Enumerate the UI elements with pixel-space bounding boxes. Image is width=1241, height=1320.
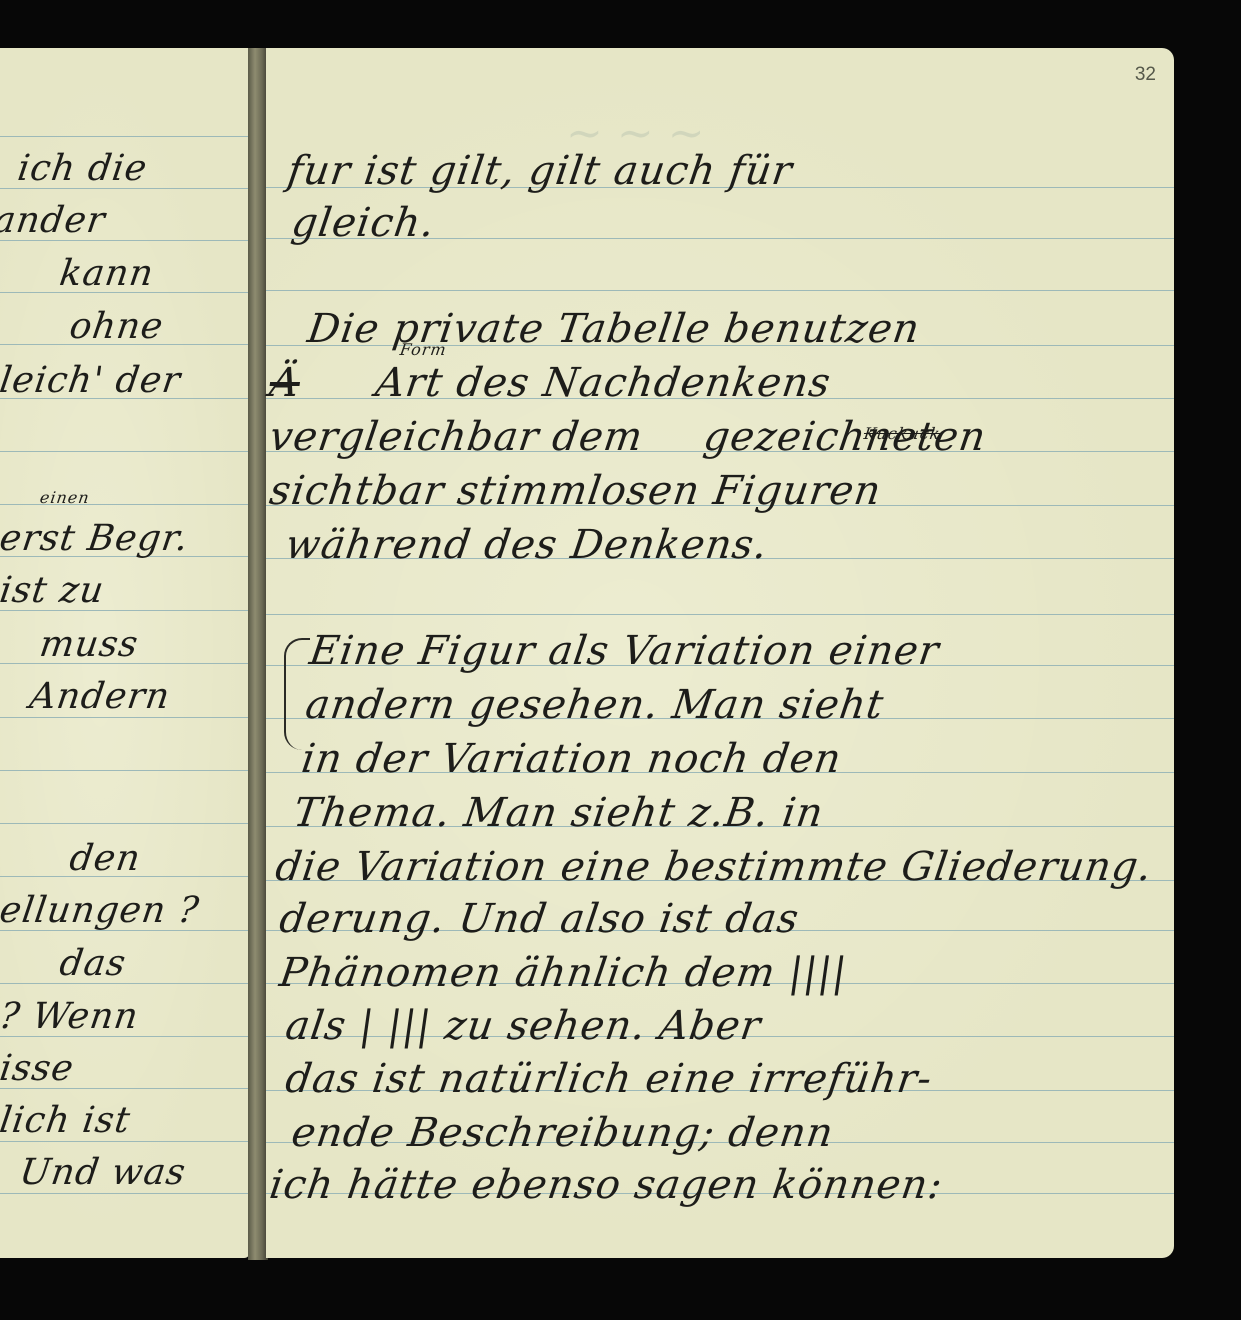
page-number: 32: [1135, 64, 1156, 86]
text-line: derung. Und also ist das: [277, 896, 802, 942]
text-line: Thema. Man sieht z.B. in: [291, 790, 827, 836]
handwritten-fragment: isse: [0, 1048, 77, 1089]
text-line: das ist natürlich eine irreführ-: [283, 1056, 936, 1102]
handwritten-fragment: ich die: [15, 148, 150, 189]
ruled-line: [0, 504, 250, 505]
handwritten-fragment: Und was: [17, 1152, 189, 1193]
right-notebook-page: ~ ~ ~ 32 fur ist gilt, gilt auch für gle…: [266, 48, 1174, 1258]
text-line: Art des Nachdenkens: [373, 360, 834, 406]
handwritten-fragment: muss: [37, 624, 141, 665]
handwritten-fragment: ellungen ?: [0, 890, 202, 931]
handwritten-insertion: Form: [399, 340, 448, 359]
notebook-gutter: [248, 48, 268, 1260]
handwritten-fragment: den: [67, 838, 143, 879]
text-line: Eine Figur als Variation einer: [307, 628, 943, 674]
text-line: während des Denkens.: [283, 522, 771, 568]
text-line: in der Variation noch den: [299, 736, 845, 782]
text-line: sichtbar stimmlosen Figuren: [267, 468, 885, 514]
ruled-line: [266, 614, 1174, 615]
handwritten-insertion: einen: [39, 488, 91, 507]
ruled-line: [0, 1193, 250, 1194]
struck-word: Ä: [267, 360, 303, 406]
handwritten-fragment: ist zu: [0, 570, 107, 611]
text-line: gezeichneten: [701, 414, 989, 460]
ruled-line: [0, 451, 250, 452]
ruled-line: [0, 770, 250, 771]
ruled-line: [0, 136, 250, 137]
ruled-line: [0, 983, 250, 984]
margin-bracket: [284, 638, 310, 750]
text-line: andern gesehen. Man sieht: [303, 682, 887, 728]
handwritten-fragment: leich' der: [0, 360, 183, 401]
handwritten-fragment: ? Wenn: [0, 996, 141, 1037]
text-line: vergleichbar dem: [267, 414, 646, 460]
left-notebook-page: ich die ander kann ohne leich' der einen…: [0, 48, 250, 1258]
text-line: Phänomen ähnlich dem ||||: [277, 950, 851, 996]
text-line: ende Beschreibung; denn: [289, 1110, 837, 1156]
handwritten-fragment: das: [57, 943, 129, 984]
text-line: ich hätte ebenso sagen können:: [267, 1162, 946, 1208]
handwritten-fragment: ander: [0, 200, 108, 241]
text-line: die Variation eine bestimmte Gliederung.: [273, 844, 1156, 890]
handwritten-fragment: kann: [57, 253, 156, 294]
text-line: fur ist gilt, gilt auch für: [285, 148, 796, 194]
text-line: gleich.: [289, 200, 438, 246]
handwritten-fragment: ohne: [67, 306, 166, 347]
handwritten-fragment: erst Begr.: [0, 518, 191, 559]
text-line: als | ||| zu sehen. Aber: [283, 1003, 764, 1049]
ruled-line: [0, 823, 250, 824]
handwritten-fragment: lich ist: [0, 1100, 133, 1141]
handwritten-fragment: Andern: [27, 676, 173, 717]
text-line: Die private Tabelle benutzen: [305, 306, 923, 352]
ruled-line: [266, 290, 1174, 291]
ruled-line: [0, 1141, 250, 1142]
ruled-line: [0, 717, 250, 718]
